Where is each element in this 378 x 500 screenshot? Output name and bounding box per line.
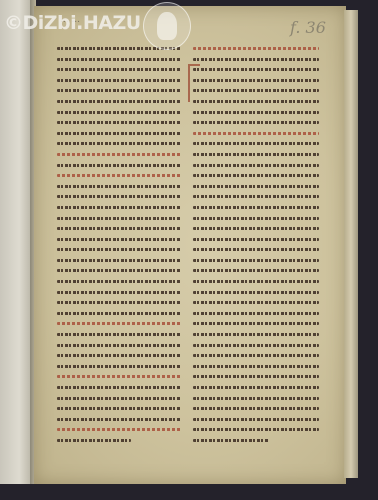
- scan-image: ... ... f. 36 ©DiZbi.HAZU: [0, 0, 378, 500]
- text-line: [193, 164, 319, 167]
- text-line: [193, 100, 319, 103]
- text-line: [193, 333, 319, 336]
- text-line: [57, 68, 181, 71]
- text-line: [57, 428, 181, 431]
- text-line: [57, 259, 181, 262]
- text-line: [193, 301, 319, 304]
- folio-number: f. 36: [290, 18, 326, 37]
- text-line: [193, 153, 319, 156]
- text-line: [57, 58, 181, 61]
- text-line: [193, 68, 319, 71]
- text-line: [57, 407, 181, 410]
- watermark: ©DiZbi.HAZU: [4, 12, 141, 34]
- text-line: [57, 312, 181, 315]
- text-line: [193, 428, 319, 431]
- text-line: [57, 238, 181, 241]
- text-line: [57, 164, 181, 167]
- text-line: [193, 227, 319, 230]
- text-line: [57, 227, 181, 230]
- text-line: [57, 375, 181, 378]
- text-line: [193, 354, 319, 357]
- text-line: [57, 153, 181, 156]
- text-line: [193, 259, 319, 262]
- text-line: [193, 407, 319, 410]
- text-line: [193, 312, 319, 315]
- text-line: [57, 322, 181, 325]
- text-line: [57, 89, 181, 92]
- viewer-bottom-bar: [0, 484, 378, 500]
- text-line: [193, 217, 319, 220]
- text-line: [57, 397, 181, 400]
- text-line: [57, 185, 181, 188]
- text-line: [57, 100, 181, 103]
- text-line: [193, 386, 319, 389]
- text-line: [193, 280, 319, 283]
- text-line: [193, 142, 319, 145]
- text-line: [193, 397, 319, 400]
- text-line: [57, 418, 181, 421]
- text-line: [57, 354, 181, 357]
- text-line: [57, 79, 181, 82]
- text-line: [57, 121, 181, 124]
- hazu-seal-icon: [143, 2, 191, 50]
- left-column-text: [57, 47, 181, 450]
- text-line: [193, 47, 319, 50]
- text-line: [193, 418, 319, 421]
- text-line: [193, 344, 319, 347]
- text-line: [193, 185, 319, 188]
- text-line: [57, 111, 181, 114]
- text-line: [193, 439, 269, 442]
- text-line: [57, 132, 181, 135]
- text-line: [57, 333, 181, 336]
- text-line: [193, 248, 319, 251]
- facing-page-edge: [0, 0, 32, 484]
- text-line: [193, 291, 319, 294]
- text-line: [193, 79, 319, 82]
- text-line: [57, 386, 181, 389]
- text-line: [193, 206, 319, 209]
- text-line: [193, 375, 319, 378]
- decorated-initial: [188, 64, 200, 102]
- text-line: [193, 365, 319, 368]
- text-line: [57, 280, 181, 283]
- text-line: [193, 132, 319, 135]
- text-line: [193, 89, 319, 92]
- text-line: [57, 174, 181, 177]
- text-line: [57, 439, 131, 442]
- text-line: [57, 269, 181, 272]
- text-line: [57, 301, 181, 304]
- text-line: [57, 248, 181, 251]
- text-line: [193, 121, 319, 124]
- text-line: [193, 58, 319, 61]
- text-line: [193, 269, 319, 272]
- text-line: [57, 195, 181, 198]
- page-edges: [344, 10, 358, 478]
- text-line: [193, 111, 319, 114]
- text-line: [57, 344, 181, 347]
- text-line: [57, 206, 181, 209]
- text-line: [57, 291, 181, 294]
- right-column-text: [193, 47, 319, 450]
- text-line: [193, 174, 319, 177]
- text-line: [57, 217, 181, 220]
- text-line: [193, 195, 319, 198]
- text-line: [57, 142, 181, 145]
- text-line: [193, 238, 319, 241]
- text-line: [57, 365, 181, 368]
- text-line: [193, 322, 319, 325]
